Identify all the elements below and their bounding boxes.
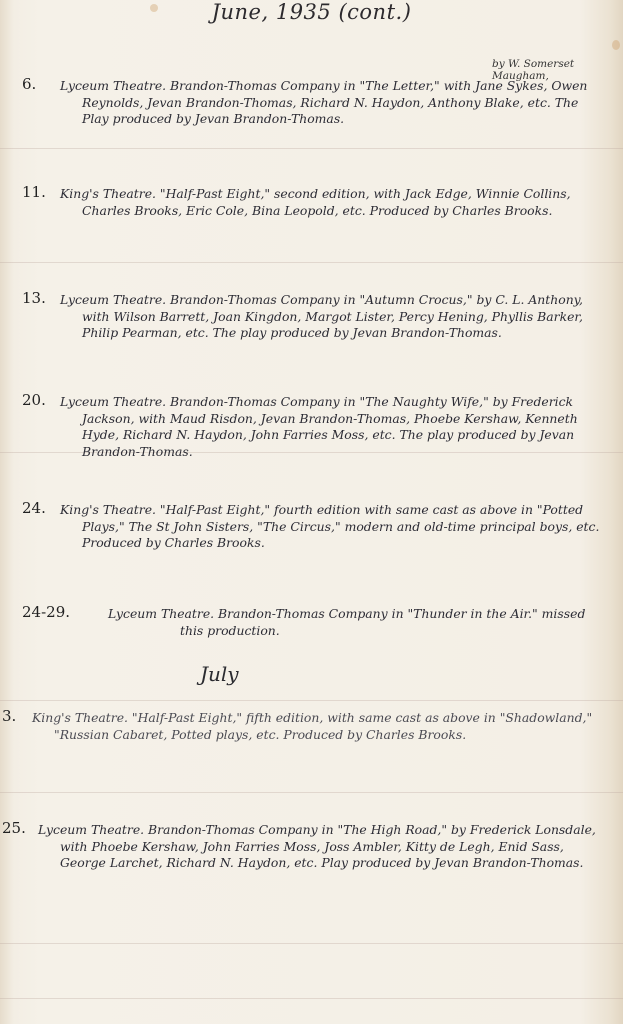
entry-text: King's Theatre. "Half-Past Eight," fourt…: [60, 502, 607, 552]
diary-entry: 24. King's Theatre. "Half-Past Eight," f…: [0, 500, 623, 580]
diary-entry: 24-29. Lyceum Theatre. Brandon-Thomas Co…: [0, 604, 623, 644]
ruled-line: [0, 262, 623, 263]
entry-date: 3.: [2, 708, 16, 725]
ruled-line: [0, 998, 623, 999]
entry-text: Lyceum Theatre. Brandon-Thomas Company i…: [60, 78, 607, 128]
paper-stain: [612, 40, 620, 50]
entry-date: 25.: [2, 820, 26, 837]
page-heading: June, 1935 (cont.): [0, 0, 623, 24]
entry-text: Lyceum Theatre. Brandon-Thomas Company i…: [60, 292, 607, 342]
notebook-page: June, 1935 (cont.) by W. Somerset Maugha…: [0, 0, 623, 1024]
entry-text: King's Theatre. "Half-Past Eight," fifth…: [32, 710, 607, 743]
entry-date: 13.: [22, 290, 46, 307]
ruled-line: [0, 792, 623, 793]
entry-date: 6.: [22, 76, 36, 93]
entry-text: Lyceum Theatre. Brandon-Thomas Company i…: [60, 394, 607, 460]
ruled-line: [0, 148, 623, 149]
month-heading: July: [200, 662, 239, 686]
diary-entry: 6. Lyceum Theatre. Brandon-Thomas Compan…: [0, 76, 623, 146]
entry-text: Lyceum Theatre. Brandon-Thomas Company i…: [38, 822, 607, 872]
entry-date: 11.: [22, 184, 46, 201]
entry-date: 24-29.: [22, 604, 70, 621]
diary-entry: 11. King's Theatre. "Half-Past Eight," s…: [0, 184, 623, 244]
entry-text: Lyceum Theatre. Brandon-Thomas Company i…: [108, 606, 607, 639]
diary-entry: 20. Lyceum Theatre. Brandon-Thomas Compa…: [0, 392, 623, 482]
entry-date: 20.: [22, 392, 46, 409]
ruled-line: [0, 943, 623, 944]
diary-entry: 3. King's Theatre. "Half-Past Eight," fi…: [0, 708, 623, 768]
ruled-line: [0, 700, 623, 701]
diary-entry: 13. Lyceum Theatre. Brandon-Thomas Compa…: [0, 290, 623, 370]
entry-text: King's Theatre. "Half-Past Eight," secon…: [60, 186, 607, 219]
diary-entry: 25. Lyceum Theatre. Brandon-Thomas Compa…: [0, 820, 623, 910]
entry-date: 24.: [22, 500, 46, 517]
